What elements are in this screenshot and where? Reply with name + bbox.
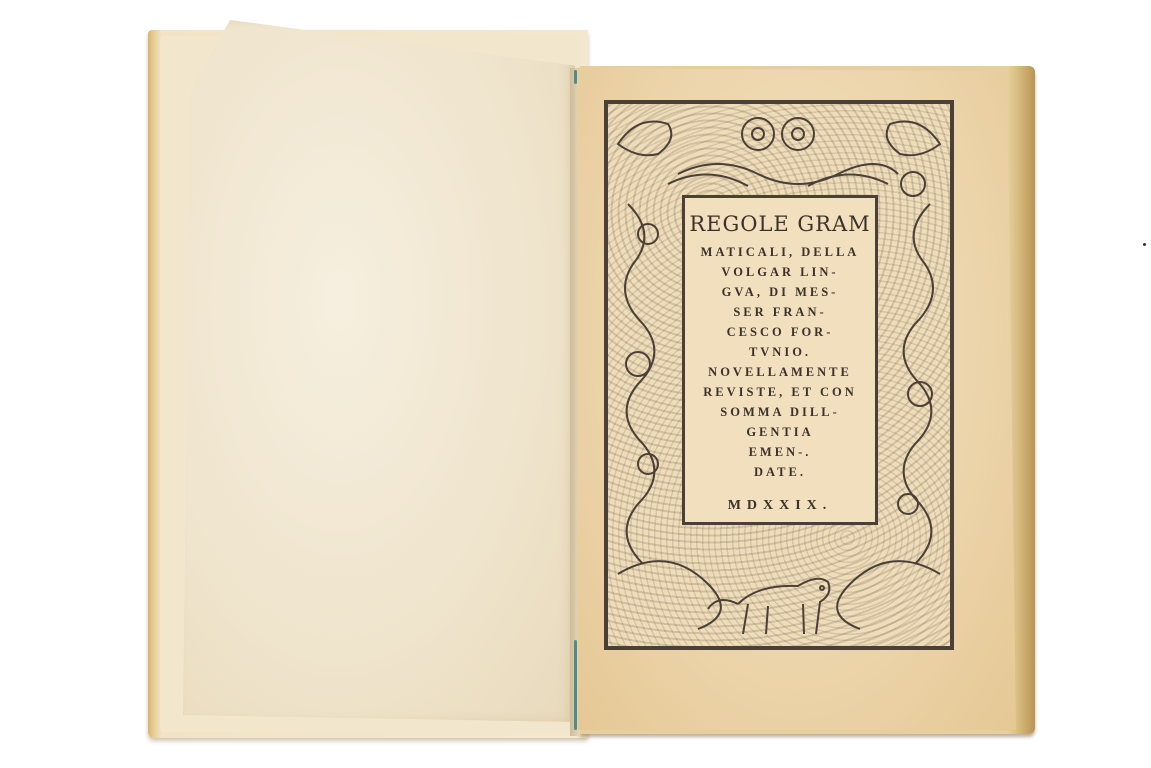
title-lines: MATICALI, DELLA VOLGAR LIN- GVA, DI MES-… [685,242,875,482]
title-line: TVNIO. [685,342,875,362]
title-line: VOLGAR LIN- [685,262,875,282]
title-line: GVA, DI MES- [685,282,875,302]
blank-flyleaf [183,20,575,722]
title-first-line: REGOLE GRAM [685,212,875,236]
dust-speck [1143,243,1146,246]
title-line: GENTIA [685,422,875,442]
title-line: MATICALI, DELLA [685,242,875,262]
title-line: REVISTE, ET CON [685,382,875,402]
binding-thread [574,640,577,730]
open-book: REGOLE GRAM MATICALI, DELLA VOLGAR LIN- … [0,0,1151,768]
title-line: SOMMA DILL- [685,402,875,422]
title-line: CESCO FOR- [685,322,875,342]
title-text-block: REGOLE GRAM MATICALI, DELLA VOLGAR LIN- … [682,195,878,525]
title-line: NOVELLAMENTE [685,362,875,382]
imprint-date: MDXXIX. [685,498,875,514]
title-line: EMEN-. [685,442,875,462]
title-line: SER FRAN- [685,302,875,322]
binding-thread [574,70,577,84]
title-line: DATE. [685,462,875,482]
